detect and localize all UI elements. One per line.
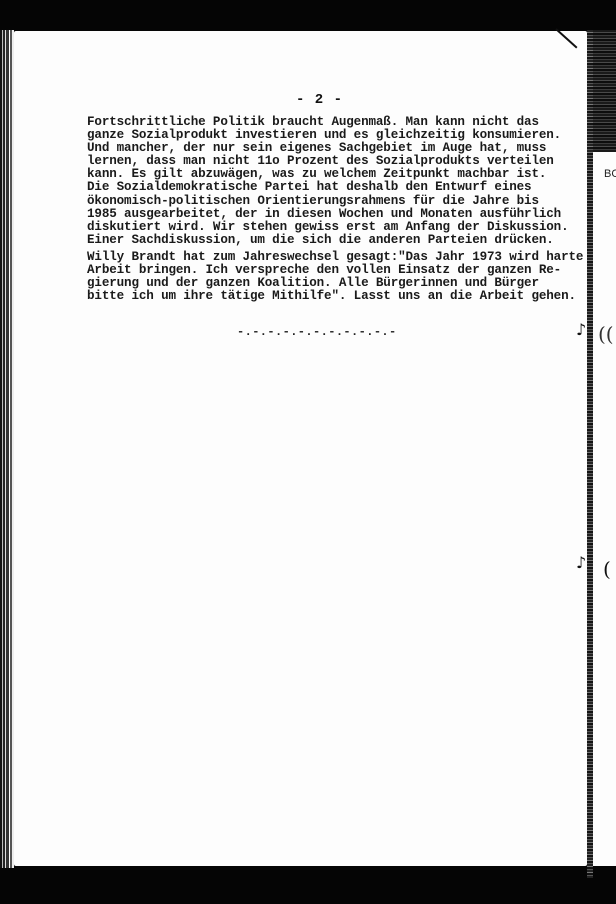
- page-number: - 2 -: [296, 92, 343, 108]
- text-line: diskutiert wird. Wir stehen gewiss erst …: [87, 221, 569, 234]
- paragraph-2: Willy Brandt hat zum Jahreswechsel gesag…: [87, 251, 583, 303]
- adjacent-page: [593, 152, 616, 866]
- text-line: bitte ich um ihre tätige Mithilfe". Lass…: [87, 290, 583, 303]
- margin-ink-mark-icon: ♪: [576, 553, 586, 572]
- binding-hole-mark-icon: (: [603, 557, 611, 581]
- scanned-page-left-edge: [0, 30, 14, 868]
- text-line: 1985 ausgearbeitet, der in diesen Wochen…: [87, 208, 569, 221]
- binding-hole-mark-icon: ((: [598, 322, 614, 346]
- paragraph-1: Fortschrittliche Politik braucht Augenma…: [87, 116, 569, 247]
- adjacent-page-dark-area: [593, 30, 616, 152]
- margin-ink-mark-icon: ♪: [576, 320, 586, 339]
- text-line: Einer Sachdiskussion, um die sich die an…: [87, 234, 569, 247]
- text-line: Die Sozialdemokratische Partei hat desha…: [87, 181, 569, 194]
- section-separator: -.-.-.-.-.-.-.-.-.-.-: [237, 325, 397, 339]
- text-line: ökonomisch-politischen Orientierungsrahm…: [87, 195, 569, 208]
- adjacent-page-label: BC: [604, 168, 616, 180]
